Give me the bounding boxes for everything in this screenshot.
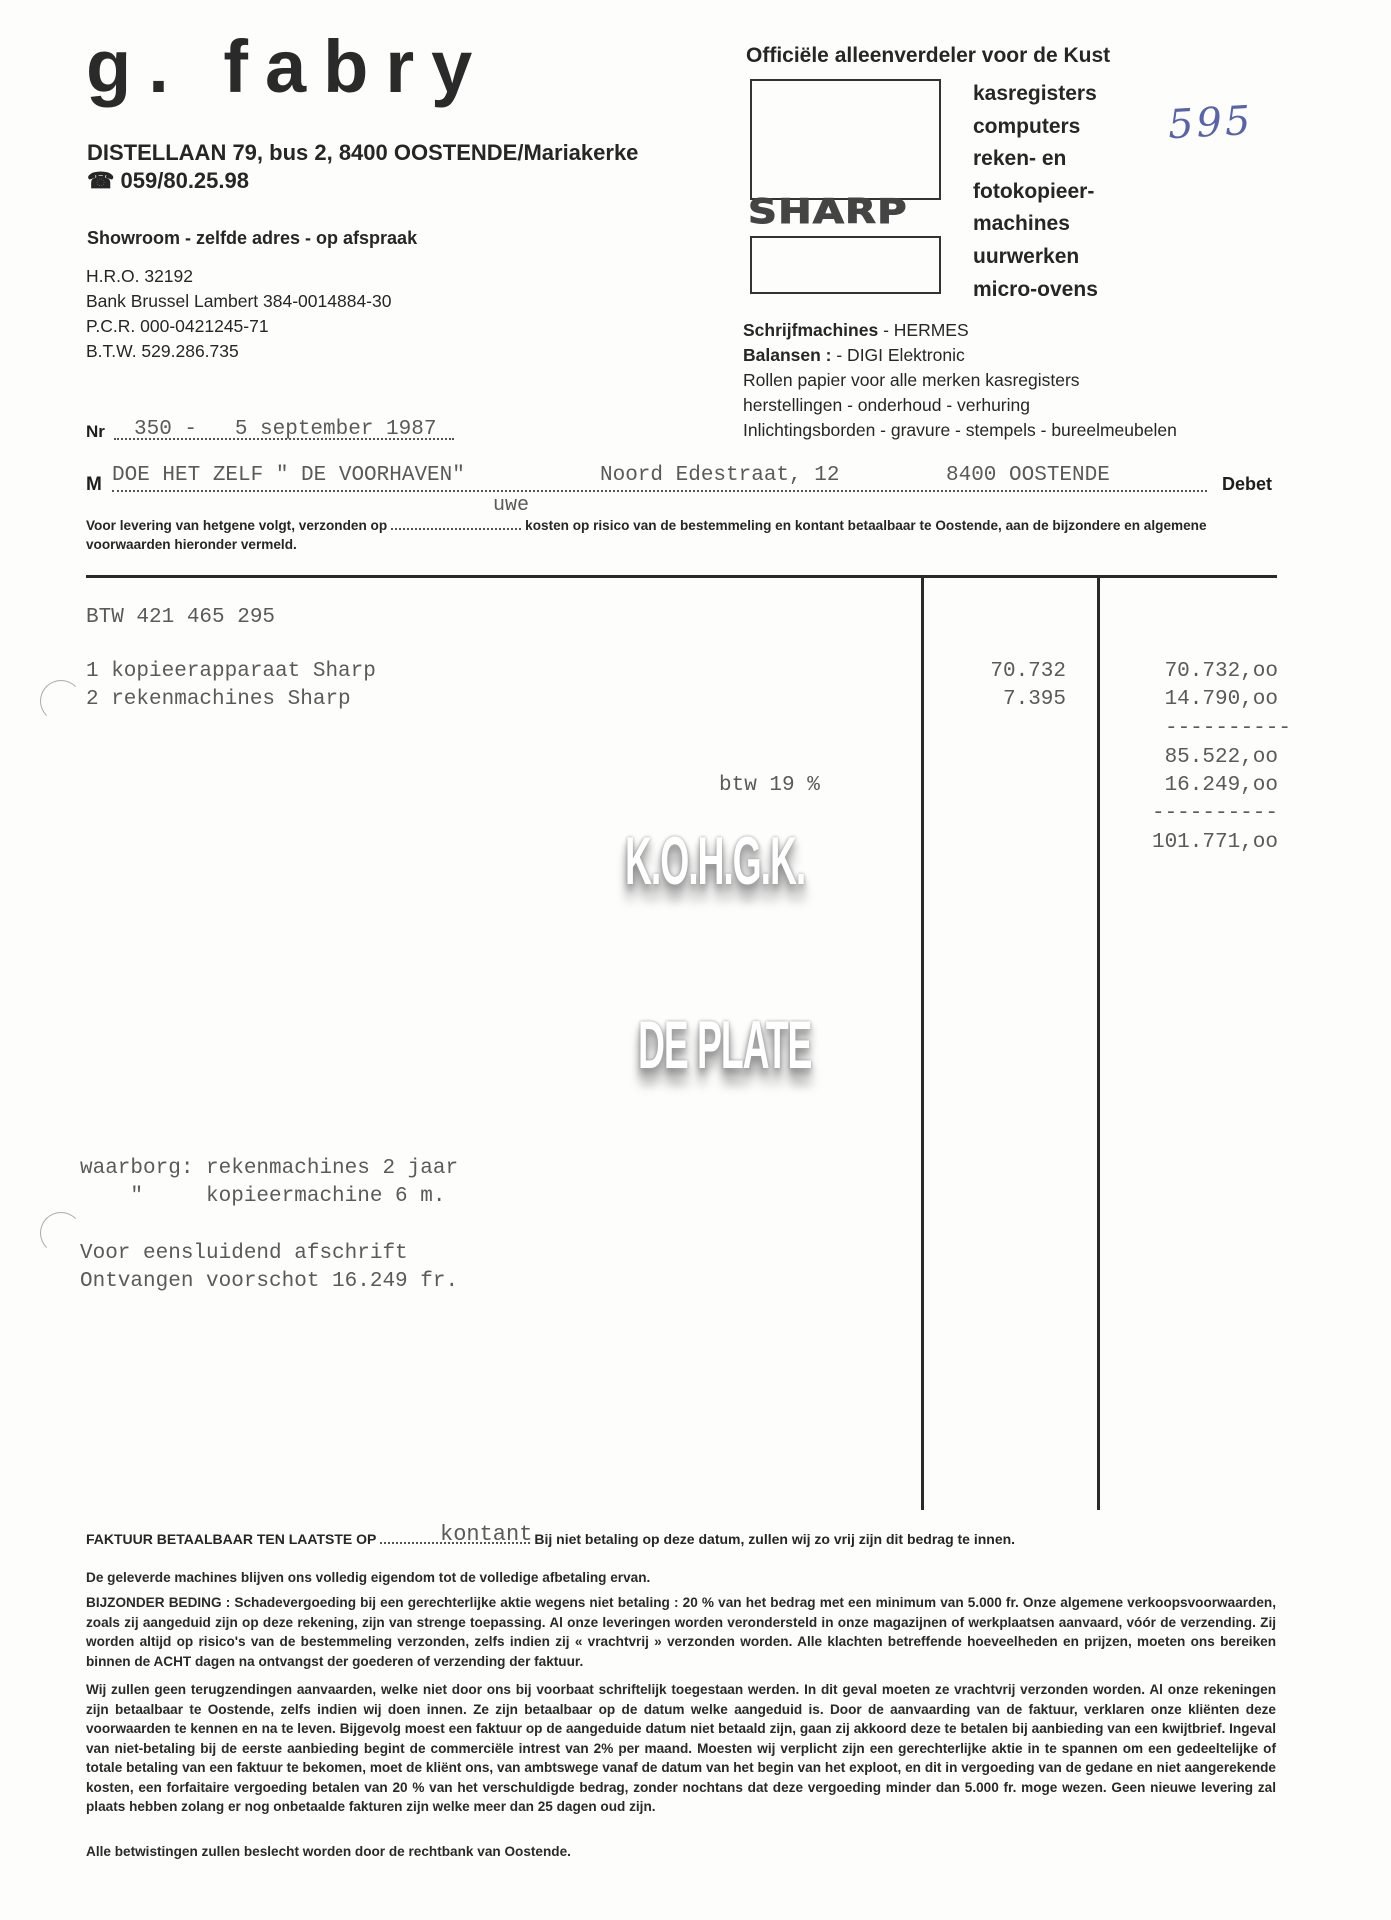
- invoice-number-label: Nr: [86, 422, 105, 442]
- payment-due-note: Bij niet betaling op deze datum, zullen …: [534, 1531, 1015, 1547]
- line-item-amount: 70.732,oo: [1165, 660, 1278, 683]
- payment-due-value: kontant: [440, 1522, 532, 1547]
- registration-bank: Bank Brussel Lambert 384-0014884-30: [86, 291, 391, 312]
- note-line: Voor eensluidend afschrift: [80, 1242, 408, 1265]
- jurisdiction-clause: Alle betwistingen zullen beslecht worden…: [86, 1842, 1276, 1862]
- shipping-filled-value: uwe: [493, 494, 529, 517]
- customer-vat-number: BTW 421 465 295: [86, 606, 275, 629]
- registration-pcr: P.C.R. 000-0421245-71: [86, 316, 269, 337]
- separator-line: ----------: [1152, 802, 1278, 825]
- customer-name: DOE HET ZELF " DE VOORHAVEN": [112, 464, 465, 487]
- warranty-line: " kopieermachine 6 m.: [80, 1185, 445, 1208]
- company-address: DISTELLAAN 79, bus 2, 8400 OOSTENDE/Mari…: [87, 140, 638, 166]
- showroom-note: Showroom - zelfde adres - op afspraak: [87, 228, 417, 249]
- product-item: kasregisters: [973, 78, 1098, 111]
- payment-due-line: FAKTUUR BETAALBAAR TEN LAATSTE OPBij nie…: [86, 1530, 1015, 1547]
- total-amount: 101.771,oo: [1152, 831, 1278, 854]
- logo-frame-top: [750, 79, 941, 200]
- warranty-line: waarborg: rekenmachines 2 jaar: [80, 1157, 458, 1180]
- vat-amount: 16.249,oo: [1165, 774, 1278, 797]
- column-divider-amount: [1097, 577, 1100, 1510]
- line-item-unit-price: 7.395: [1003, 688, 1066, 711]
- product-item: fotokopieer-: [973, 176, 1098, 209]
- stamp-de-plate: DE PLATE: [638, 1006, 811, 1084]
- sharp-logo: SHARP: [748, 194, 975, 231]
- company-name: g. fabry: [86, 30, 489, 104]
- telephone-icon: ☎: [87, 168, 114, 193]
- customer-city: 8400 OOSTENDE: [946, 464, 1110, 487]
- invoice-number-value: 350 - 5 september 1987: [134, 418, 436, 441]
- service-line: Schrijfmachines - HERMES: [743, 318, 1177, 343]
- column-divider-unit-price: [921, 577, 924, 1510]
- delivery-terms: Voor levering van hetgene volgt, verzond…: [86, 516, 1276, 554]
- company-phone: ☎ 059/80.25.98: [87, 168, 249, 194]
- product-item: micro-ovens: [973, 274, 1098, 307]
- logo-frame-bottom: [750, 236, 941, 294]
- special-condition-clause: BIJZONDER BEDING : Schadevergoeding bij …: [86, 1593, 1276, 1671]
- product-item: reken- en: [973, 143, 1098, 176]
- line-item-description: 1 kopieerapparaat Sharp: [86, 660, 376, 683]
- subtotal-amount: 85.522,oo: [1165, 746, 1278, 769]
- customer-prefix-label: M: [86, 474, 102, 496]
- punch-hole-mark: [40, 680, 82, 722]
- dotted-field: [391, 528, 521, 530]
- note-line: Ontvangen voorschot 16.249 fr.: [80, 1270, 458, 1293]
- service-line: Rollen papier voor alle merken kasregist…: [743, 368, 1177, 393]
- product-list: kasregisters computers reken- en fotokop…: [973, 78, 1098, 306]
- registration-hro: H.R.O. 32192: [86, 266, 193, 287]
- registration-btw: B.T.W. 529.286.735: [86, 341, 239, 362]
- dotted-field: [112, 490, 1207, 492]
- returns-clause: Wij zullen geen terugzendingen aanvaarde…: [86, 1680, 1276, 1817]
- debet-label: Debet: [1222, 474, 1272, 495]
- vat-label: btw 19 %: [719, 774, 820, 797]
- services-list: Schrijfmachines - HERMES Balansen : - DI…: [743, 318, 1177, 443]
- punch-hole-mark: [40, 1212, 82, 1254]
- stamp-koh-gk: K.O.H.G.K.: [625, 822, 805, 900]
- line-item-amount: 14.790,oo: [1165, 688, 1278, 711]
- customer-street: Noord Edestraat, 12: [600, 464, 839, 487]
- product-item: computers: [973, 111, 1098, 144]
- service-line: Balansen : - DIGI Elektronic: [743, 343, 1177, 368]
- handwritten-note: 595: [1167, 98, 1255, 148]
- product-item: uurwerken: [973, 241, 1098, 274]
- separator-line: ----------: [1165, 717, 1291, 740]
- payment-due-label: FAKTUUR BETAALBAAR TEN LAATSTE OP: [86, 1531, 376, 1547]
- product-item: machines: [973, 208, 1098, 241]
- service-line: Inlichtingsborden - gravure - stempels -…: [743, 418, 1177, 443]
- official-dealer-heading: Officiële alleenverdeler voor de Kust: [746, 44, 1110, 68]
- service-line: herstellingen - onderhoud - verhuring: [743, 393, 1177, 418]
- line-item-unit-price: 70.732: [990, 660, 1066, 683]
- line-item-description: 2 rekenmachines Sharp: [86, 688, 351, 711]
- ownership-clause: De geleverde machines blijven ons volled…: [86, 1568, 1276, 1588]
- phone-number: 059/80.25.98: [121, 168, 249, 193]
- invoice-number-date: Nr 350 - 5 september 1987: [86, 418, 478, 444]
